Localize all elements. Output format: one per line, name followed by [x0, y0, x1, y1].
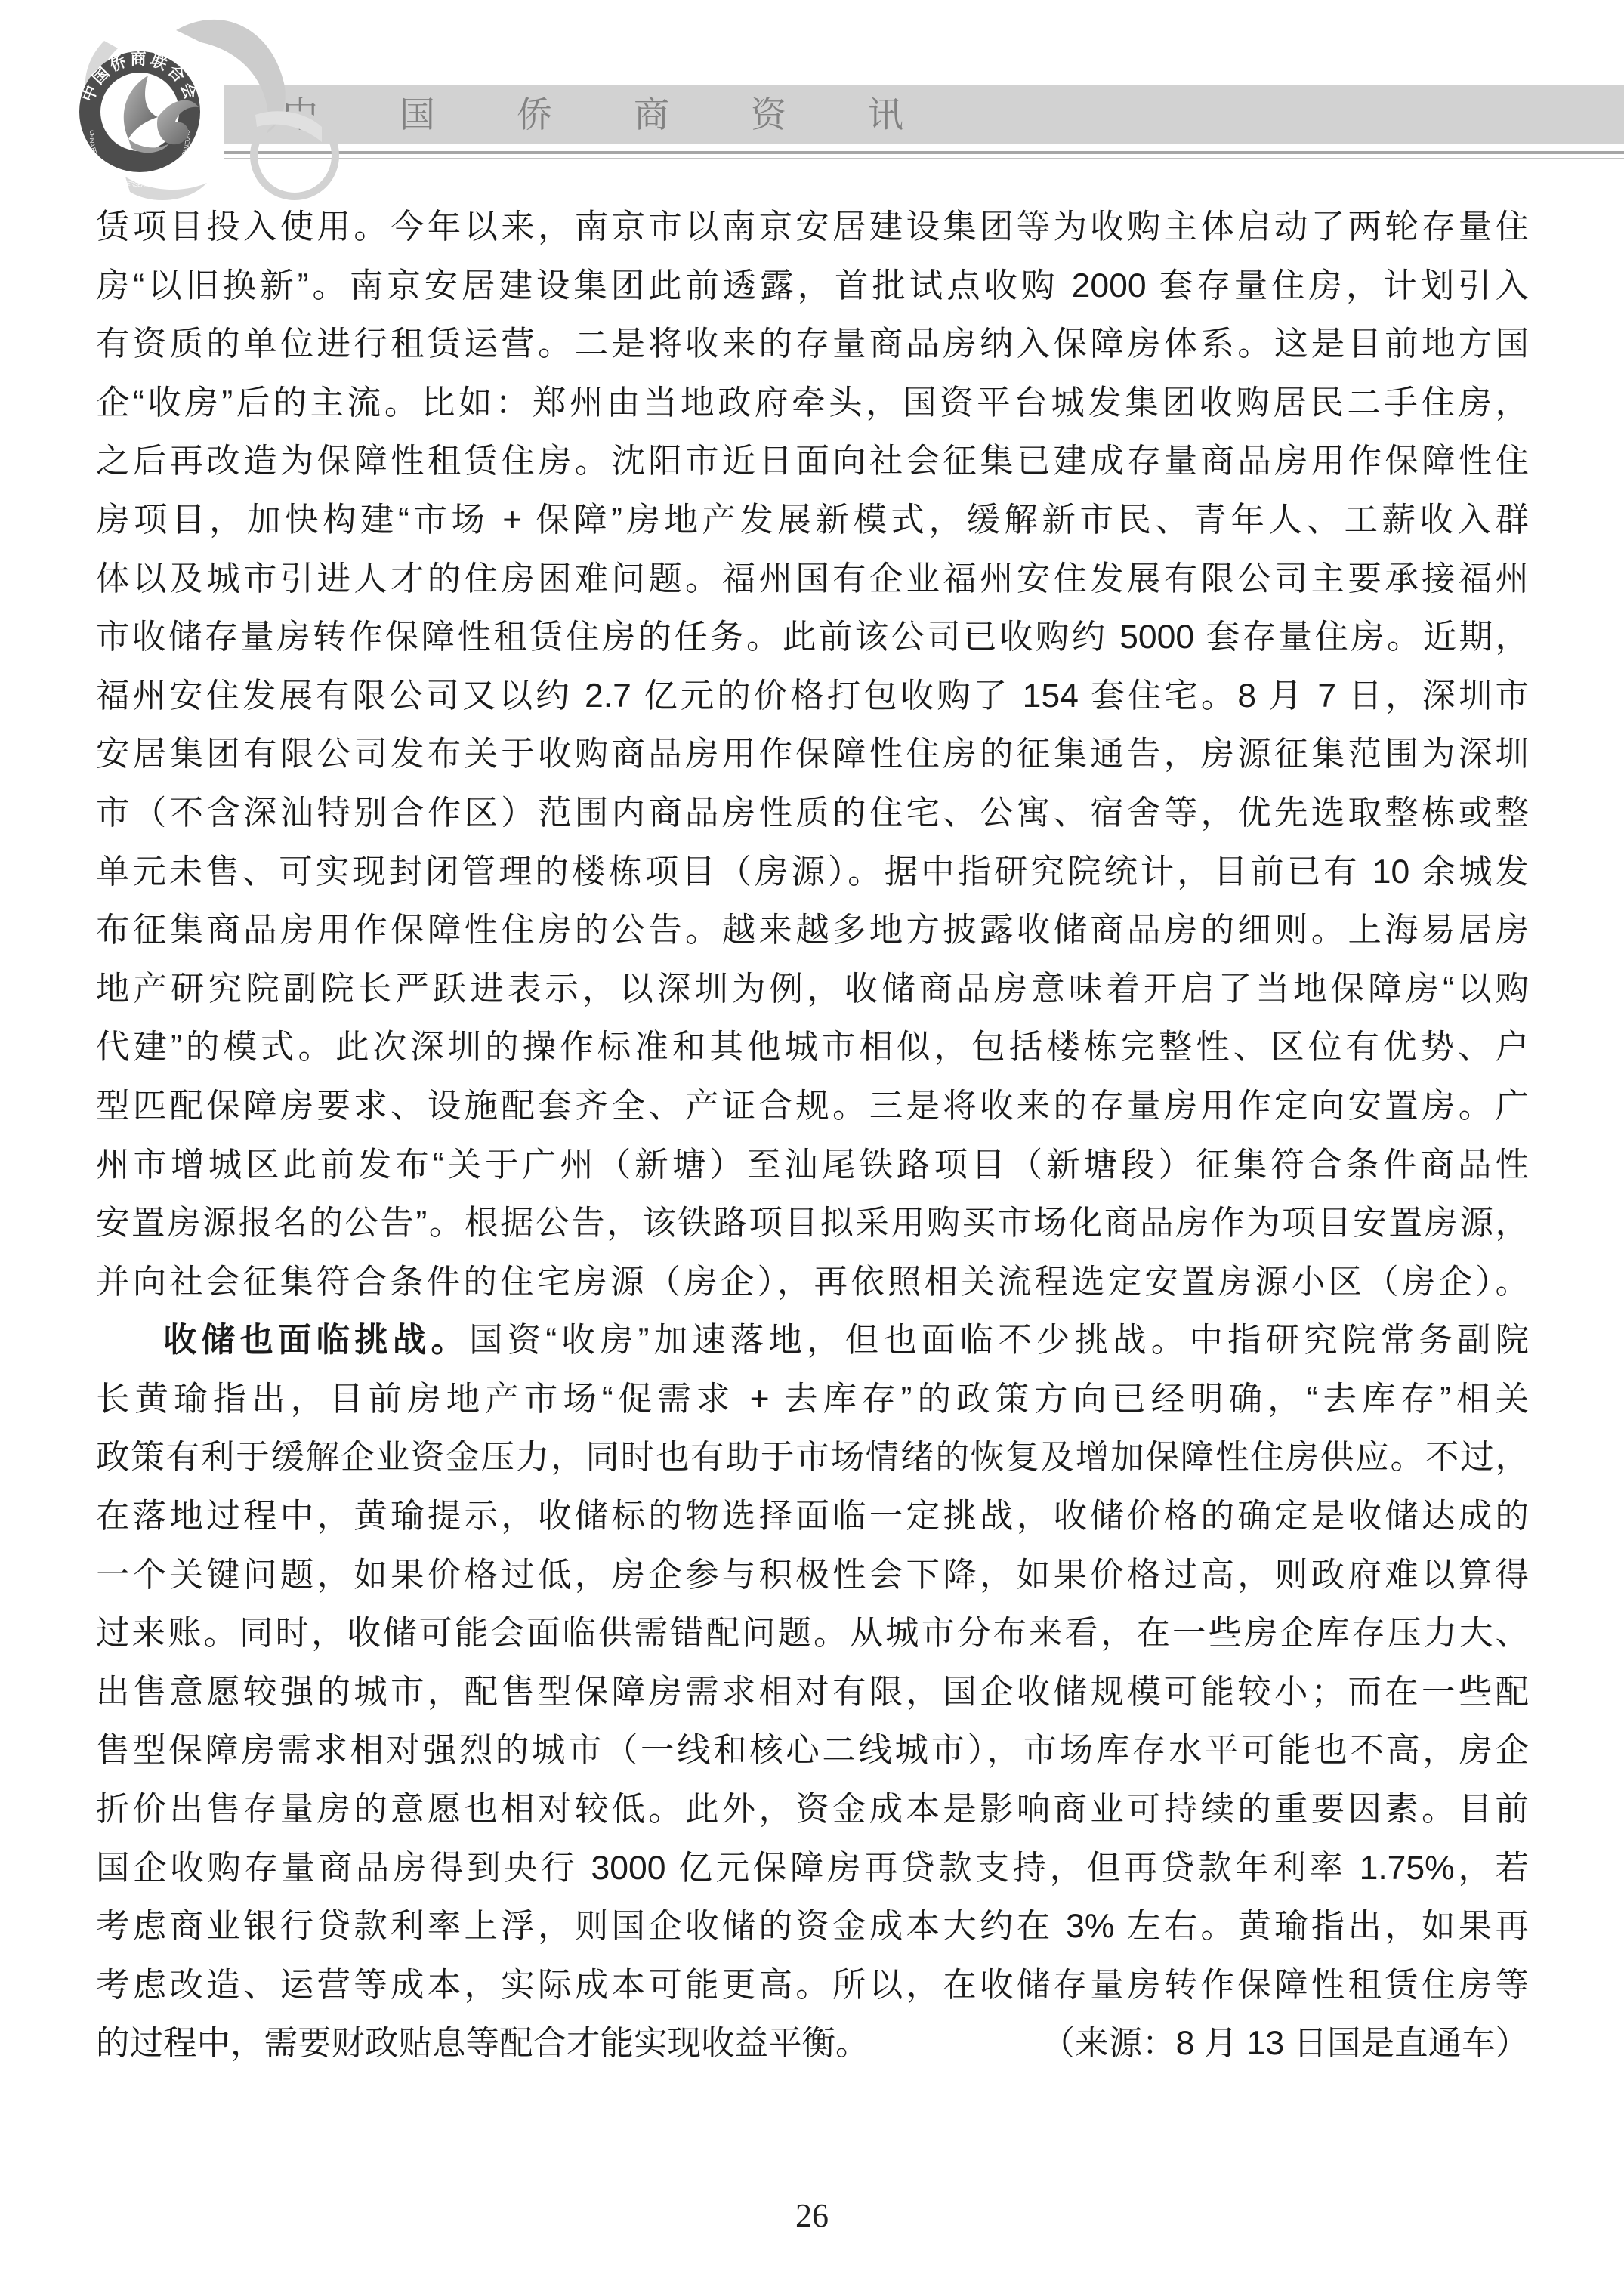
paragraph-lead-bold: 收储也面临挑战。 — [163, 1322, 469, 1359]
text-line: 市（不含深汕特别合作区）范围内商品房性质的住宅、公寓、宿舍等，优先选取整栋或整 — [96, 784, 1529, 843]
text-line: 体以及城市引进人才的住房困难问题。福州国有企业福州安住发展有限公司主要承接福州 — [96, 550, 1529, 609]
text-line: 考虑商业银行贷款利率上浮，则国企收储的资金成本大约在 3% 左右。黄瑜指出，如果… — [96, 1897, 1529, 1956]
text-line: 长黄瑜指出，目前房地产市场“促需求 + 去库存”的政策方向已经明确，“去库存”相… — [96, 1370, 1529, 1429]
text-line: 折价出售存量房的意愿也相对较低。此外，资金成本是影响商业可持续的重要因素。目前 — [96, 1780, 1529, 1839]
text-line: 收储也面临挑战。国资“收房”加速落地，但也面临不少挑战。中指研究院常务副院 — [96, 1311, 1529, 1370]
text-line: 房“以旧换新”。南京安居建设集团此前透露，首批试点收购 2000 套存量住房，计… — [96, 257, 1529, 316]
text-line: 安置房源报名的公告”。根据公告，该铁路项目拟采用购买市场化商品房作为项目安置房源… — [96, 1194, 1529, 1253]
text-line: 安居集团有限公司发布关于收购商品房用作保障性住房的征集通告，房源征集范围为深圳 — [96, 725, 1529, 784]
text-line: 赁项目投入使用。今年以来，南京市以南京安居建设集团等为收购主体启动了两轮存量住 — [96, 198, 1529, 257]
text-line: 在落地过程中，黄瑜提示，收储标的物选择面临一定挑战，收储价格的确定是收储达成的 — [96, 1487, 1529, 1546]
source-citation: （来源：8 月 13 日国是直通车） — [1042, 2014, 1529, 2073]
text-line: 型匹配保障房要求、设施配套齐全、产证合规。三是将收来的存量房用作定向安置房。广 — [96, 1077, 1529, 1136]
org-logo: 中国侨商联合会 CHINA FEDERATION OF OVERSEAS CHI… — [29, 2, 354, 207]
text-line: 之后再改造为保障性租赁住房。沈阳市近日面向社会征集已建成存量商品房用作保障性住 — [96, 432, 1529, 491]
text-line: 一个关键问题，如果价格过低，房企参与积极性会下降，如果价格过高，则政府难以算得 — [96, 1546, 1529, 1605]
header-rule-bottom — [224, 158, 1624, 159]
document-page: 中国侨商资讯 — [0, 0, 1624, 2293]
text-line: 政策有利于缓解企业资金压力，同时也有助于市场情绪的恢复及增加保障性住房供应。不过… — [96, 1428, 1529, 1487]
header-title: 中国侨商资讯 — [224, 85, 1624, 144]
text-line: 布征集商品房用作保障性住房的公告。越来越多地方披露收储商品房的细则。上海易居房 — [96, 901, 1529, 960]
text-line: 市收储存量房转作保障性租赁住房的任务。此前该公司已收购约 5000 套存量住房。… — [96, 608, 1529, 667]
text-line: 考虑改造、运营等成本，实际成本可能更高。所以，在收储存量房转作保障性租赁住房等 — [96, 1956, 1529, 2015]
article-body: 赁项目投入使用。今年以来，南京市以南京安居建设集团等为收购主体启动了两轮存量住房… — [96, 198, 1529, 2073]
text-line: 出售意愿较强的城市，配售型保障房需求相对有限，国企收储规模可能较小；而在一些配 — [96, 1663, 1529, 1722]
page-number: 26 — [0, 2196, 1624, 2235]
text-line: 代建”的模式。此次深圳的操作标准和其他城市相似，包括楼栋完整性、区位有优势、户 — [96, 1018, 1529, 1077]
text-line: 的过程中，需要财政贴息等配合才能实现收益平衡。（来源：8 月 13 日国是直通车… — [96, 2014, 1529, 2073]
text-line: 州市增城区此前发布“关于广州（新塘）至汕尾铁路项目（新塘段）征集符合条件商品性 — [96, 1136, 1529, 1195]
text-line: 房项目，加快构建“市场 + 保障”房地产发展新模式，缓解新市民、青年人、工薪收入… — [96, 491, 1529, 550]
text-line: 并向社会征集符合条件的住宅房源（房企），再依照相关流程选定安置房源小区（房企）。 — [96, 1253, 1529, 1312]
last-line-text: 的过程中，需要财政贴息等配合才能实现收益平衡。 — [96, 2014, 869, 2073]
text-line: 售型保障房需求相对强烈的城市（一线和核心二线城市），市场库存水平可能也不高，房企 — [96, 1721, 1529, 1780]
header-banner: 中国侨商资讯 — [224, 85, 1624, 144]
text-line: 企“收房”后的主流。比如：郑州由当地政府牵头，国资平台城发集团收购居民二手住房， — [96, 374, 1529, 433]
text-line: 单元未售、可实现封闭管理的楼栋项目（房源）。据中指研究院统计，目前已有 10 余… — [96, 843, 1529, 902]
text-line: 福州安住发展有限公司又以约 2.7 亿元的价格打包收购了 154 套住宅。8 月… — [96, 667, 1529, 726]
org-logo-graphic: 中国侨商联合会 CHINA FEDERATION OF OVERSEAS CHI… — [29, 2, 354, 207]
logo-seal: 中国侨商联合会 CHINA FEDERATION OF OVERSEAS CHI… — [79, 50, 201, 188]
text-line: 有资质的单位进行租赁运营。二是将收来的存量商品房纳入保障房体系。这是目前地方国 — [96, 315, 1529, 374]
text-line: 国企收购存量商品房得到央行 3000 亿元保障房再贷款支持，但再贷款年利率 1.… — [96, 1839, 1529, 1898]
text-line: 过来账。同时，收储可能会面临供需错配问题。从城市分布来看，在一些房企库存压力大、 — [96, 1604, 1529, 1663]
text-line: 地产研究院副院长严跃进表示，以深圳为例，收储商品房意味着开启了当地保障房“以购 — [96, 960, 1529, 1019]
header-rule-top — [224, 151, 1624, 154]
